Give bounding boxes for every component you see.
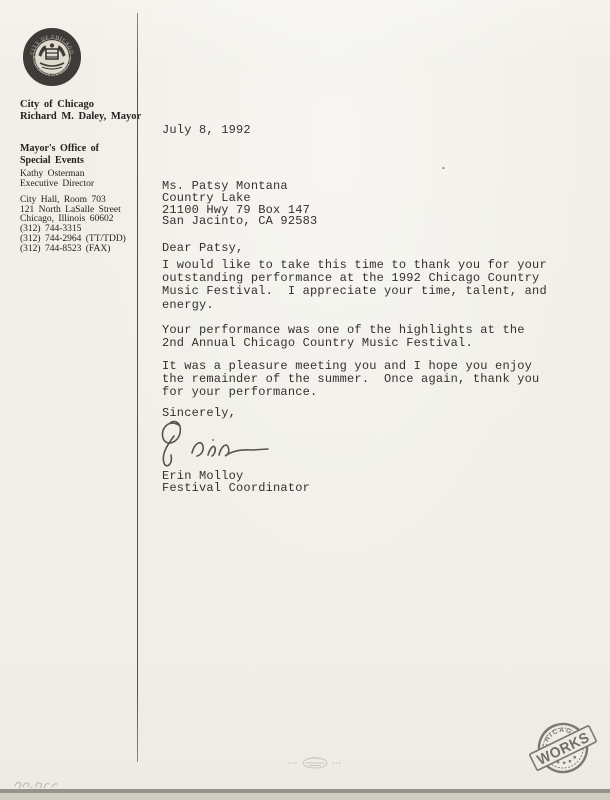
body-paragraph-1: I would like to take this time to thank …: [162, 259, 554, 312]
recipient-address-block: Ms. Patsy Montana Country Lake 21100 Hwy…: [162, 181, 317, 228]
letterhead-contact-title: Executive Director: [20, 180, 94, 190]
letterhead-address-block: City Hall, Room 703 121 North LaSalle St…: [20, 196, 126, 254]
letterhead-city-line: City of Chicago: [20, 99, 94, 111]
ink-speck: [442, 167, 445, 169]
letterhead-mayor-line: Richard M. Daley, Mayor: [20, 111, 141, 123]
letterhead-office-name: Mayor's Office of Special Events: [20, 143, 99, 166]
chicago-works-stamp-icon: CHICAGO ◆ ◆ ◆ ◆ WORKS: [528, 713, 598, 783]
paper-showthrough-mark: [284, 754, 346, 772]
city-of-chicago-seal-icon: CITY OF CHICAGO INCORPORATED 4TH MARCH 1…: [22, 27, 82, 87]
body-paragraph-2: Your performance was one of the highligh…: [162, 324, 554, 350]
scanner-background-strip: [0, 793, 610, 800]
salutation: Dear Patsy,: [162, 241, 243, 255]
letterhead-vertical-rule: [137, 13, 138, 762]
scanned-letter-page: CITY OF CHICAGO INCORPORATED 4TH MARCH 1…: [0, 0, 610, 800]
handwritten-signature: [156, 410, 296, 472]
letter-date: July 8, 1992: [162, 123, 251, 137]
signer-title: Festival Coordinator: [162, 482, 310, 494]
body-paragraph-3: It was a pleasure meeting you and I hope…: [162, 360, 554, 400]
